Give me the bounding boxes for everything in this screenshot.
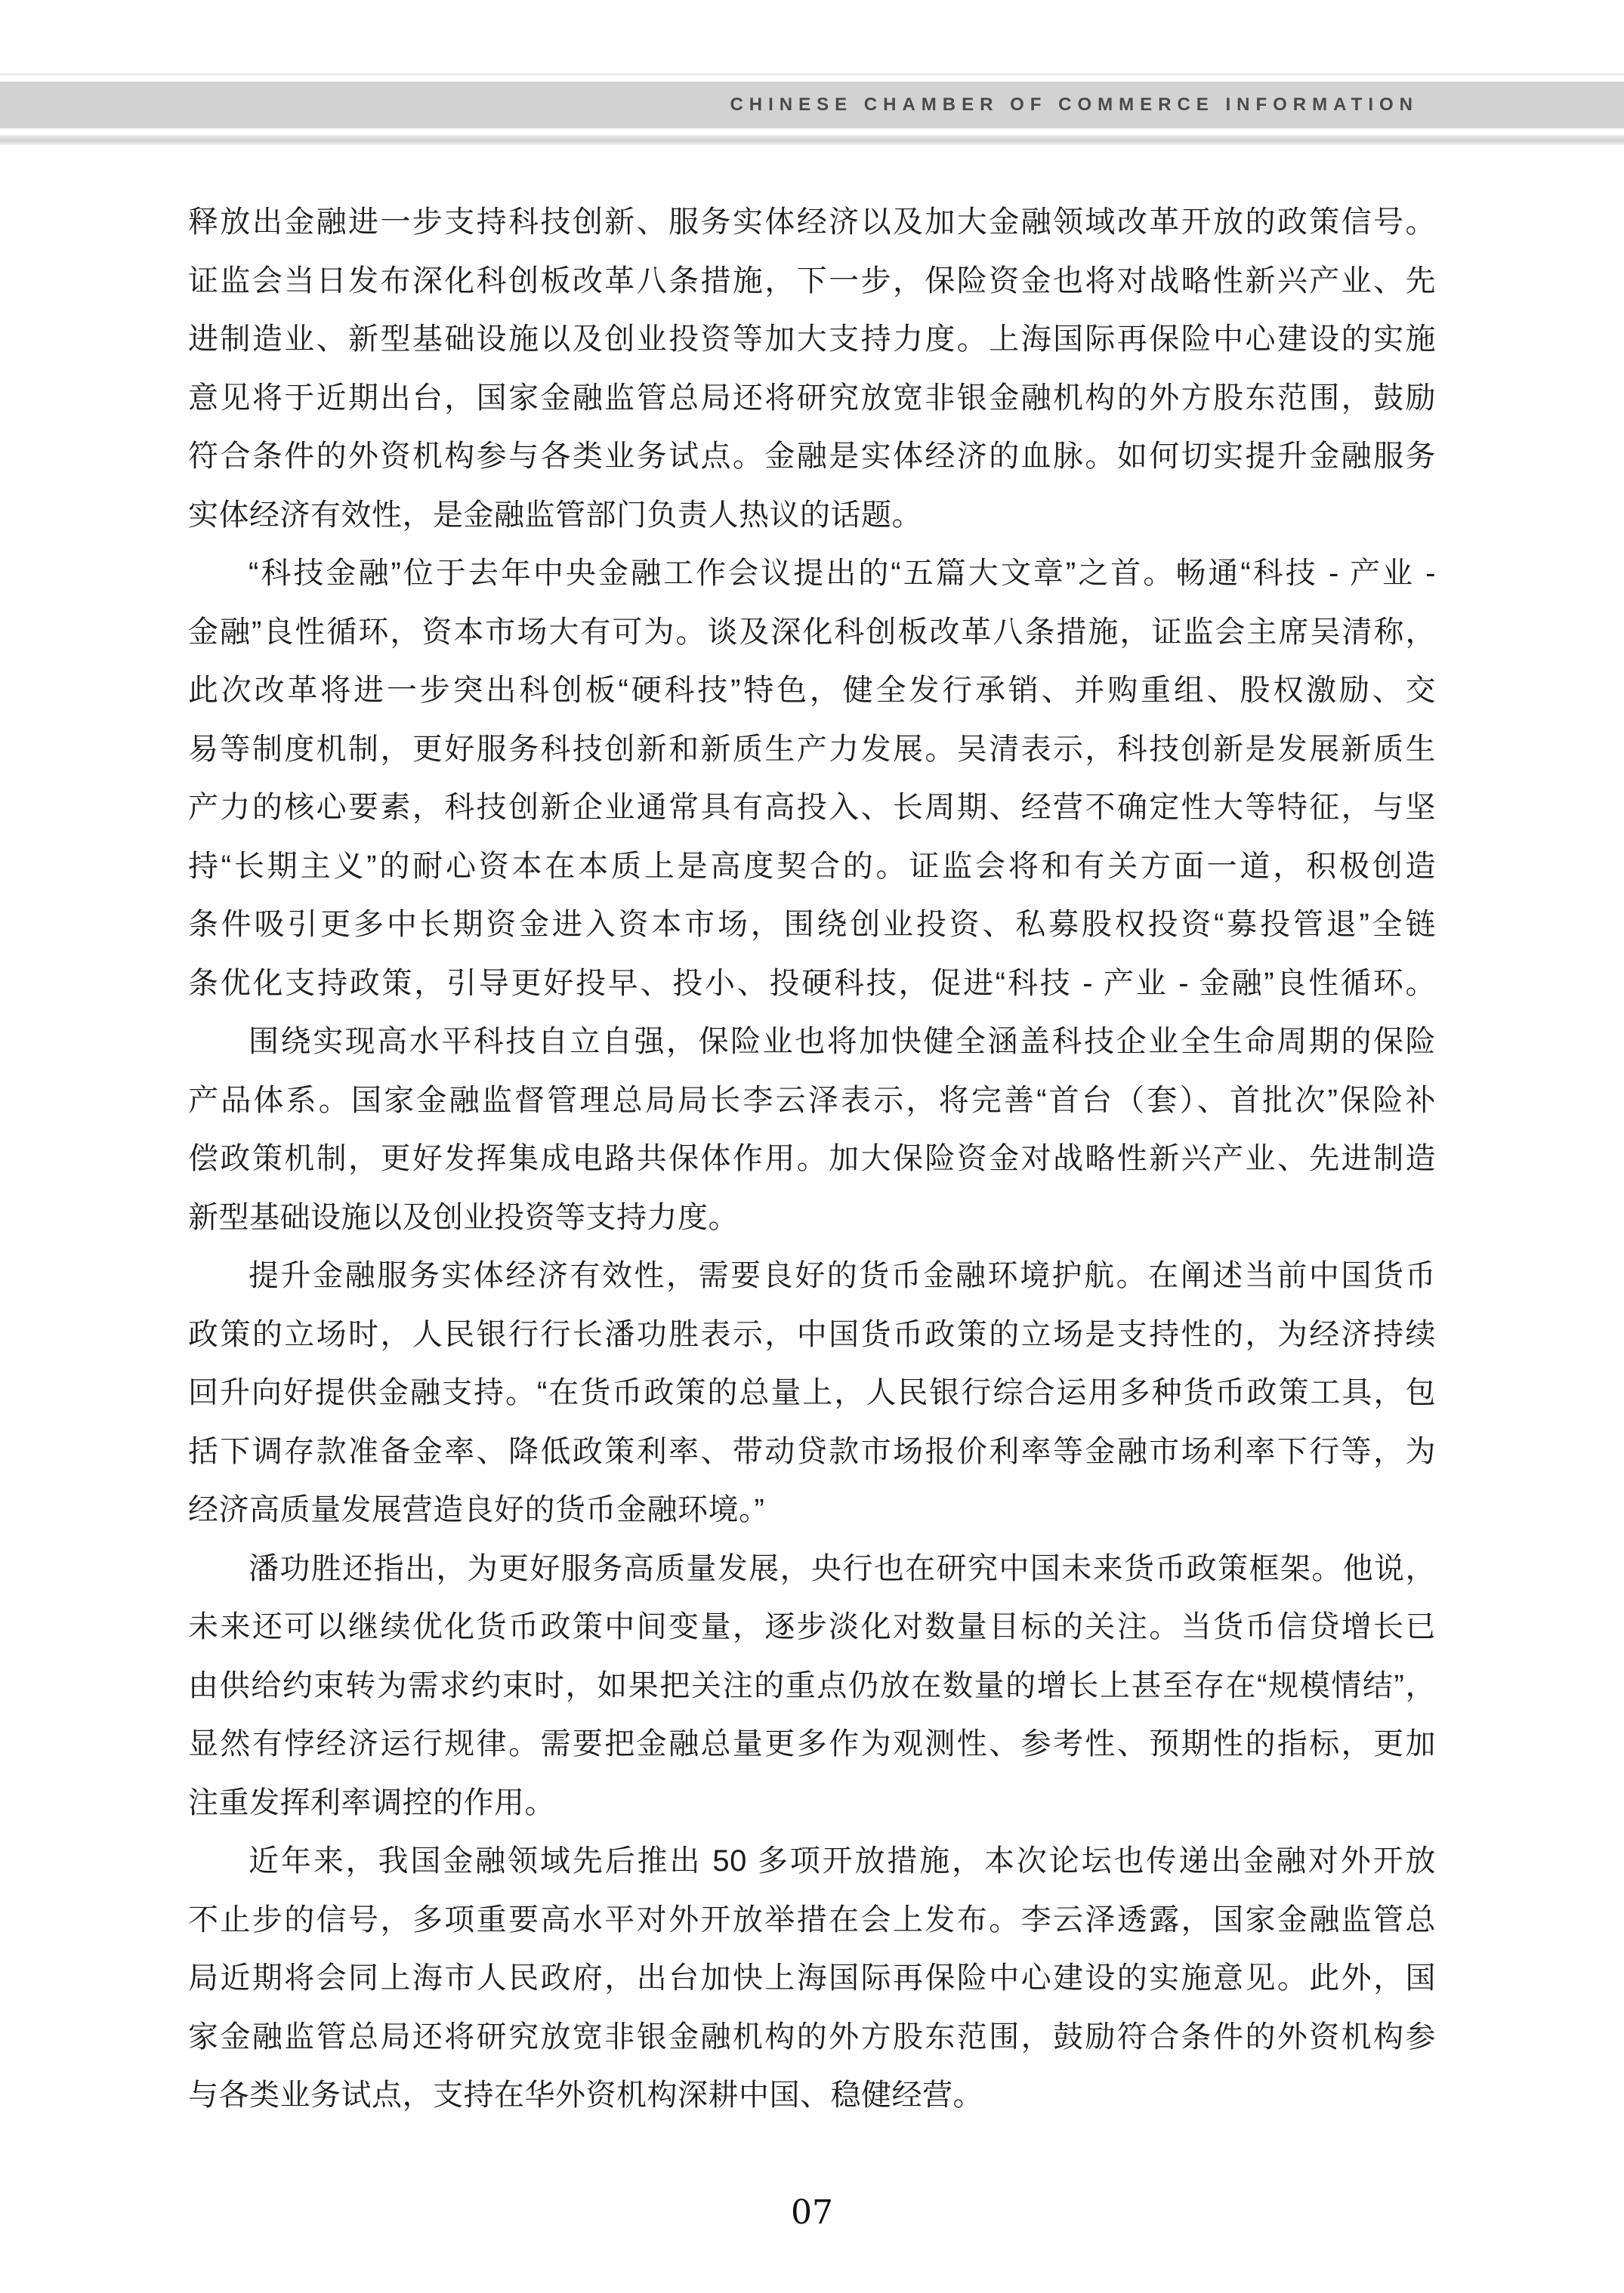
page-number: 07 bbox=[0, 2189, 1624, 2237]
text-line: 产品体系。国家金融监督管理总局局长李云泽表示，将完善“首台（套）、首批次”保险补 bbox=[188, 1072, 1436, 1131]
text-line: 偿政策机制，更好发挥集成电路共保体作用。加大保险资金对战略性新兴产业、先进制造业… bbox=[188, 1130, 1436, 1189]
text-line: 条优化支持政策，引导更好投早、投小、投硬科技，促进“科技 - 产业 - 金融”良… bbox=[188, 955, 1436, 1014]
paragraph: 提升金融服务实体经济有效性，需要良好的货币金融环境护航。在阐述当前中国货币政策的… bbox=[188, 1247, 1436, 1540]
text-line: “科技金融”位于去年中央金融工作会议提出的“五篇大文章”之首。畅通“科技 - 产… bbox=[188, 545, 1436, 603]
paragraph: 近年来，我国金融领域先后推出 50 多项开放措施，本次论坛也传递出金融对外开放不… bbox=[188, 1832, 1436, 2125]
text-line: 围绕实现高水平科技自立自强，保险业也将加快健全涵盖科技企业全生命周期的保险 bbox=[188, 1013, 1436, 1072]
text-line: 意见将于近期出台，国家金融监管总局还将研究放宽非银金融机构的外方股东范围，鼓励 bbox=[188, 369, 1436, 428]
paragraph: 潘功胜还指出，为更好服务高质量发展，央行也在研究中国未来货币政策框架。他说，未来… bbox=[188, 1540, 1436, 1833]
top-hairline bbox=[0, 73, 1624, 76]
text-line: 括下调存款准备金率、降低政策利率、带动贷款市场报价利率等金融市场利率下行等，为 bbox=[188, 1423, 1436, 1482]
text-line: 经济高质量发展营造良好的货币金融环境。” bbox=[188, 1481, 1436, 1540]
text-line: 近年来，我国金融领域先后推出 50 多项开放措施，本次论坛也传递出金融对外开放 bbox=[188, 1832, 1436, 1891]
text-line: 提升金融服务实体经济有效性，需要良好的货币金融环境护航。在阐述当前中国货币 bbox=[188, 1247, 1436, 1306]
text-line: 金融”良性循环，资本市场大有可为。谈及深化科创板改革八条措施，证监会主席吴清称， bbox=[188, 603, 1436, 662]
text-line: 潘功胜还指出，为更好服务高质量发展，央行也在研究中国未来货币政策框架。他说， bbox=[188, 1540, 1436, 1599]
text-line: 注重发挥利率调控的作用。 bbox=[188, 1774, 1436, 1833]
text-line: 不止步的信号，多项重要高水平对外开放举措在会上发布。李云泽透露，国家金融监管总 bbox=[188, 1891, 1436, 1950]
text-line: 产力的核心要素，科技创新企业通常具有高投入、长周期、经营不确定性大等特征，与坚 bbox=[188, 779, 1436, 838]
paragraph: 释放出金融进一步支持科技创新、服务实体经济以及加大金融领域改革开放的政策信号。证… bbox=[188, 193, 1436, 545]
text-line: 由供给约束转为需求约束时，如果把关注的重点仍放在数量的增长上甚至存在“规模情结”… bbox=[188, 1657, 1436, 1716]
text-line: 释放出金融进一步支持科技创新、服务实体经济以及加大金融领域改革开放的政策信号。 bbox=[188, 193, 1436, 252]
text-line: 与各类业务试点，支持在华外资机构深耕中国、稳健经营。 bbox=[188, 2066, 1436, 2125]
text-line: 显然有悖经济运行规律。需要把金融总量更多作为观测性、参考性、预期性的指标，更加 bbox=[188, 1715, 1436, 1774]
text-line: 此次改革将进一步突出科创板“硬科技”特色，健全发行承销、并购重组、股权激励、交 bbox=[188, 662, 1436, 721]
banner-title: CHINESE CHAMBER OF COMMERCE INFORMATION bbox=[730, 82, 1419, 128]
text-line: 证监会当日发布深化科创板改革八条措施，下一步，保险资金也将对战略性新兴产业、先 bbox=[188, 252, 1436, 311]
text-line: 易等制度机制，更好服务科技创新和新质生产力发展。吴清表示，科技创新是发展新质生 bbox=[188, 721, 1436, 779]
text-line: 条件吸引更多中长期资金进入资本市场，围绕创业投资、私募股权投资“募投管退”全链 bbox=[188, 896, 1436, 955]
text-line: 回升向好提供金融支持。“在货币政策的总量上，人民银行综合运用多种货币政策工具，包 bbox=[188, 1364, 1436, 1423]
text-line: 进制造业、新型基础设施以及创业投资等加大支持力度。上海国际再保险中心建设的实施 bbox=[188, 310, 1436, 369]
header-stripe bbox=[0, 135, 1624, 145]
article-body: 释放出金融进一步支持科技创新、服务实体经济以及加大金融领域改革开放的政策信号。证… bbox=[188, 193, 1436, 2125]
header-banner: CHINESE CHAMBER OF COMMERCE INFORMATION bbox=[0, 82, 1624, 128]
document-page: CHINESE CHAMBER OF COMMERCE INFORMATION … bbox=[0, 0, 1624, 2293]
text-line: 符合条件的外资机构参与各类业务试点。金融是实体经济的血脉。如何切实提升金融服务 bbox=[188, 427, 1436, 486]
text-line: 局近期将会同上海市人民政府，出台加快上海国际再保险中心建设的实施意见。此外，国 bbox=[188, 1949, 1436, 2008]
text-line: 持“长期主义”的耐心资本在本质上是高度契合的。证监会将和有关方面一道，积极创造 bbox=[188, 838, 1436, 897]
paragraph: 围绕实现高水平科技自立自强，保险业也将加快健全涵盖科技企业全生命周期的保险产品体… bbox=[188, 1013, 1436, 1247]
text-line: 家金融监管总局还将研究放宽非银金融机构的外方股东范围，鼓励符合条件的外资机构参 bbox=[188, 2008, 1436, 2067]
paragraph: “科技金融”位于去年中央金融工作会议提出的“五篇大文章”之首。畅通“科技 - 产… bbox=[188, 545, 1436, 1013]
text-line: 实体经济有效性，是金融监管部门负责人热议的话题。 bbox=[188, 486, 1436, 545]
text-line: 新型基础设施以及创业投资等支持力度。 bbox=[188, 1189, 1436, 1248]
text-line: 未来还可以继续优化货币政策中间变量，逐步淡化对数量目标的关注。当货币信贷增长已 bbox=[188, 1598, 1436, 1657]
text-line: 政策的立场时，人民银行行长潘功胜表示，中国货币政策的立场是支持性的，为经济持续 bbox=[188, 1306, 1436, 1365]
